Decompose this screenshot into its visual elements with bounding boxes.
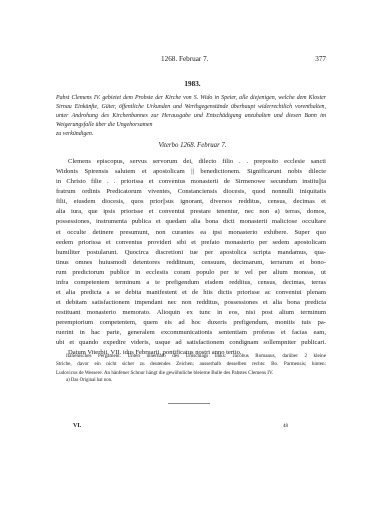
body-line: Clemens episcopus, servus servorum dei, … (56, 157, 326, 167)
document-summary: Pabst Clemens IV. gebietet dem Probste d… (56, 94, 326, 139)
summary-line: zu verkündigen. (56, 130, 326, 139)
body-line: in Christo filie . . priorissa et conven… (56, 177, 326, 187)
body-line: eedem priorissa et conventus provideri s… (56, 238, 326, 248)
document-page: 1268. Februar 7. 377 1983. Pabst Clemens… (0, 0, 385, 512)
summary-line: Pabst Clemens IV. gebietet dem Probste d… (56, 95, 276, 101)
archival-note: Italienisches Pergament. Unten innerhalb… (56, 352, 326, 377)
note-line: Ludovicus de Wessere. An hänfener Schnur… (56, 369, 326, 377)
body-line: peremptorium competentem, quem eis ad ho… (56, 318, 326, 328)
charter-text: Clemens episcopus, servus servorum dei, … (56, 157, 326, 359)
note-line: Striche, davor ein nicht sicher zu deute… (56, 360, 326, 368)
body-line: humiliter postularunt. Quocirca discreti… (56, 248, 326, 258)
body-line: alia iura, que ipsis priorisse et conven… (56, 207, 326, 217)
body-line: restituant monasterio memorato. Alioquin… (56, 308, 326, 318)
body-line: ubi et quando expedire videris, usque ad… (56, 338, 326, 348)
running-head: 1268. Februar 7. 377 (56, 55, 326, 65)
body-line: tinus omnes huiusmodi detentores redditn… (56, 258, 326, 268)
body-line: et occulte detinere presumunt, non curan… (56, 228, 326, 238)
note-line: Italienisches Pergament. Unten innerhalb… (56, 352, 326, 360)
footer-rule (168, 403, 210, 404)
body-line: rum predictorum publice in ecclesiis cor… (56, 268, 326, 278)
body-line: et alia predicta a se debita manifestent… (56, 288, 326, 298)
footnote: a) Das Original hat non. (66, 378, 112, 383)
body-line: fratrum ordinis Predicatorum viventes, C… (56, 187, 326, 197)
body-line: Widonis Spirensis salutem et apostolicam… (56, 167, 326, 177)
body-line: possessiones, instrumenta publica et que… (56, 217, 326, 227)
signature-mark: VI. (73, 423, 81, 429)
page-number: 377 (315, 55, 326, 63)
sheet-number: 48 (283, 424, 288, 429)
body-line: et debitam satisfactionem impendant nec … (56, 298, 326, 308)
document-number: 1983. (0, 80, 385, 88)
dateline: Viterbo 1268. Februar 7. (0, 142, 385, 149)
running-head-date: 1268. Februar 7. (161, 55, 209, 63)
body-line: ruerint in hac parte, generalem excommun… (56, 328, 326, 338)
body-line: filii, eiusdem diocesis, quos prior||sus… (56, 197, 326, 207)
body-line: infra competentem terminum a te prefigen… (56, 278, 326, 288)
